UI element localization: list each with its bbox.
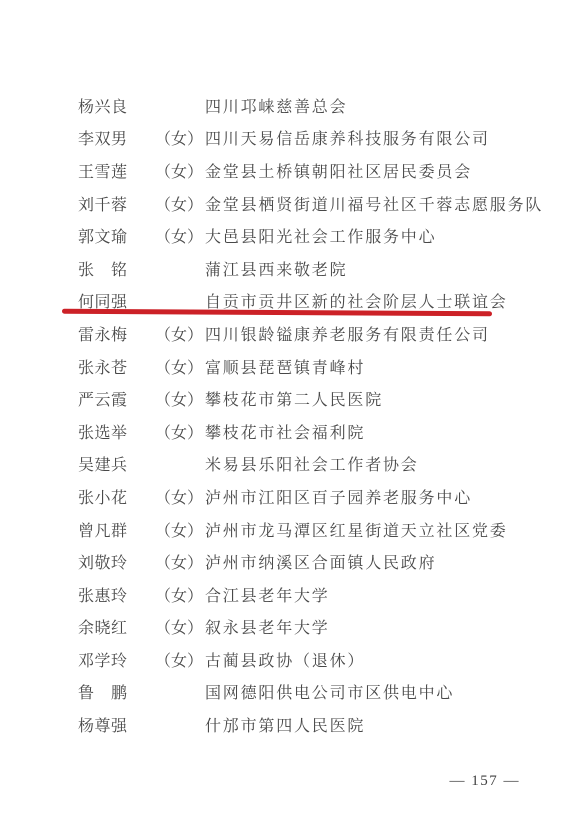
organization-cell: 国网德阳供电公司市区供电中心 [205, 680, 454, 703]
name-cell: 刘千蓉 [78, 192, 155, 215]
table-row: 严云霞 （女） 攀枝花市第二人民医院 [78, 382, 584, 415]
organization-cell: 古蔺县政协（退休） [205, 648, 365, 671]
table-row: 王雪莲 （女） 金堂县土桥镇朝阳社区居民委员会 [78, 154, 584, 187]
name-cell: 王雪莲 [78, 159, 155, 182]
table-row: 杨尊强 什邡市第四人民医院 [78, 708, 584, 741]
gender-cell: （女） [155, 126, 205, 149]
gender-cell: （女） [155, 224, 205, 247]
document-page: 杨兴良 四川邛崃慈善总会 李双男 （女） 四川天易信岳康养科技服务有限公司 王雪… [0, 0, 584, 818]
organization-cell: 攀枝花市第二人民医院 [205, 387, 383, 410]
table-row: 邓学玲 （女） 古蔺县政协（退休） [78, 643, 584, 676]
organization-cell: 米易县乐阳社会工作者协会 [205, 452, 419, 475]
table-row: 何同强 自贡市贡井区新的社会阶层人士联谊会 [78, 285, 584, 318]
gender-cell: （女） [155, 518, 205, 541]
table-row: 刘敬玲 （女） 泸州市纳溪区合面镇人民政府 [78, 545, 584, 578]
gender-cell: （女） [155, 159, 205, 182]
gender-cell: （女） [155, 420, 205, 443]
organization-cell: 泸州市江阳区百子园养老服务中心 [205, 485, 472, 508]
name-list: 杨兴良 四川邛崃慈善总会 李双男 （女） 四川天易信岳康养科技服务有限公司 王雪… [78, 89, 584, 741]
table-row: 鲁 鹏 国网德阳供电公司市区供电中心 [78, 676, 584, 709]
name-cell: 张选举 [78, 420, 155, 443]
gender-cell: （女） [155, 615, 205, 638]
organization-cell: 泸州市纳溪区合面镇人民政府 [205, 550, 436, 573]
gender-cell: （女） [155, 322, 205, 345]
organization-cell: 什邡市第四人民医院 [205, 713, 365, 736]
organization-cell: 攀枝花市社会福利院 [205, 420, 365, 443]
name-cell: 张永苍 [78, 355, 155, 378]
table-row: 张惠玲 （女） 合江县老年大学 [78, 578, 584, 611]
organization-cell: 合江县老年大学 [205, 583, 330, 606]
gender-cell: （女） [155, 192, 205, 215]
name-cell: 鲁 鹏 [78, 680, 155, 703]
name-cell: 李双男 [78, 126, 155, 149]
table-row: 张永苍 （女） 富顺县琵琶镇青峰村 [78, 350, 584, 383]
organization-cell: 金堂县土桥镇朝阳社区居民委员会 [205, 159, 472, 182]
name-cell: 张小花 [78, 485, 155, 508]
table-row: 张小花 （女） 泸州市江阳区百子园养老服务中心 [78, 480, 584, 513]
table-row: 杨兴良 四川邛崃慈善总会 [78, 89, 584, 122]
organization-cell: 泸州市龙马潭区红星街道天立社区党委 [205, 518, 508, 541]
organization-cell: 四川邛崃慈善总会 [205, 94, 347, 117]
table-row: 雷永梅 （女） 四川银龄镒康养老服务有限责任公司 [78, 317, 584, 350]
gender-cell: （女） [155, 355, 205, 378]
table-row: 刘千蓉 （女） 金堂县栖贤街道川福号社区千蓉志愿服务队 [78, 187, 584, 220]
organization-cell: 四川银龄镒康养老服务有限责任公司 [205, 322, 490, 345]
table-row: 李双男 （女） 四川天易信岳康养科技服务有限公司 [78, 122, 584, 155]
table-row: 张 铭 蒲江县西来敬老院 [78, 252, 584, 285]
name-cell: 邓学玲 [78, 648, 155, 671]
organization-cell: 富顺县琵琶镇青峰村 [205, 355, 365, 378]
gender-cell: （女） [155, 485, 205, 508]
organization-cell: 叙永县老年大学 [205, 615, 330, 638]
name-cell: 严云霞 [78, 387, 155, 410]
organization-cell: 蒲江县西来敬老院 [205, 257, 347, 280]
name-cell: 张惠玲 [78, 583, 155, 606]
gender-cell: （女） [155, 550, 205, 573]
page-number: — 157 — [450, 773, 521, 790]
name-cell: 余晓红 [78, 615, 155, 638]
gender-cell: （女） [155, 648, 205, 671]
table-row: 曾凡群 （女） 泸州市龙马潭区红星街道天立社区党委 [78, 513, 584, 546]
name-cell: 刘敬玲 [78, 550, 155, 573]
name-cell: 吴建兵 [78, 452, 155, 475]
gender-cell: （女） [155, 583, 205, 606]
name-cell: 郭文瑜 [78, 224, 155, 247]
organization-cell: 四川天易信岳康养科技服务有限公司 [205, 126, 490, 149]
name-cell: 曾凡群 [78, 518, 155, 541]
table-row: 余晓红 （女） 叙永县老年大学 [78, 611, 584, 644]
table-row: 张选举 （女） 攀枝花市社会福利院 [78, 415, 584, 448]
organization-cell: 金堂县栖贤街道川福号社区千蓉志愿服务队 [205, 192, 543, 215]
table-row: 吴建兵 米易县乐阳社会工作者协会 [78, 448, 584, 481]
table-row: 郭文瑜 （女） 大邑县阳光社会工作服务中心 [78, 219, 584, 252]
name-cell: 雷永梅 [78, 322, 155, 345]
organization-cell: 大邑县阳光社会工作服务中心 [205, 224, 436, 247]
name-cell: 杨尊强 [78, 713, 155, 736]
name-cell: 张 铭 [78, 257, 155, 280]
gender-cell: （女） [155, 387, 205, 410]
name-cell: 杨兴良 [78, 94, 155, 117]
